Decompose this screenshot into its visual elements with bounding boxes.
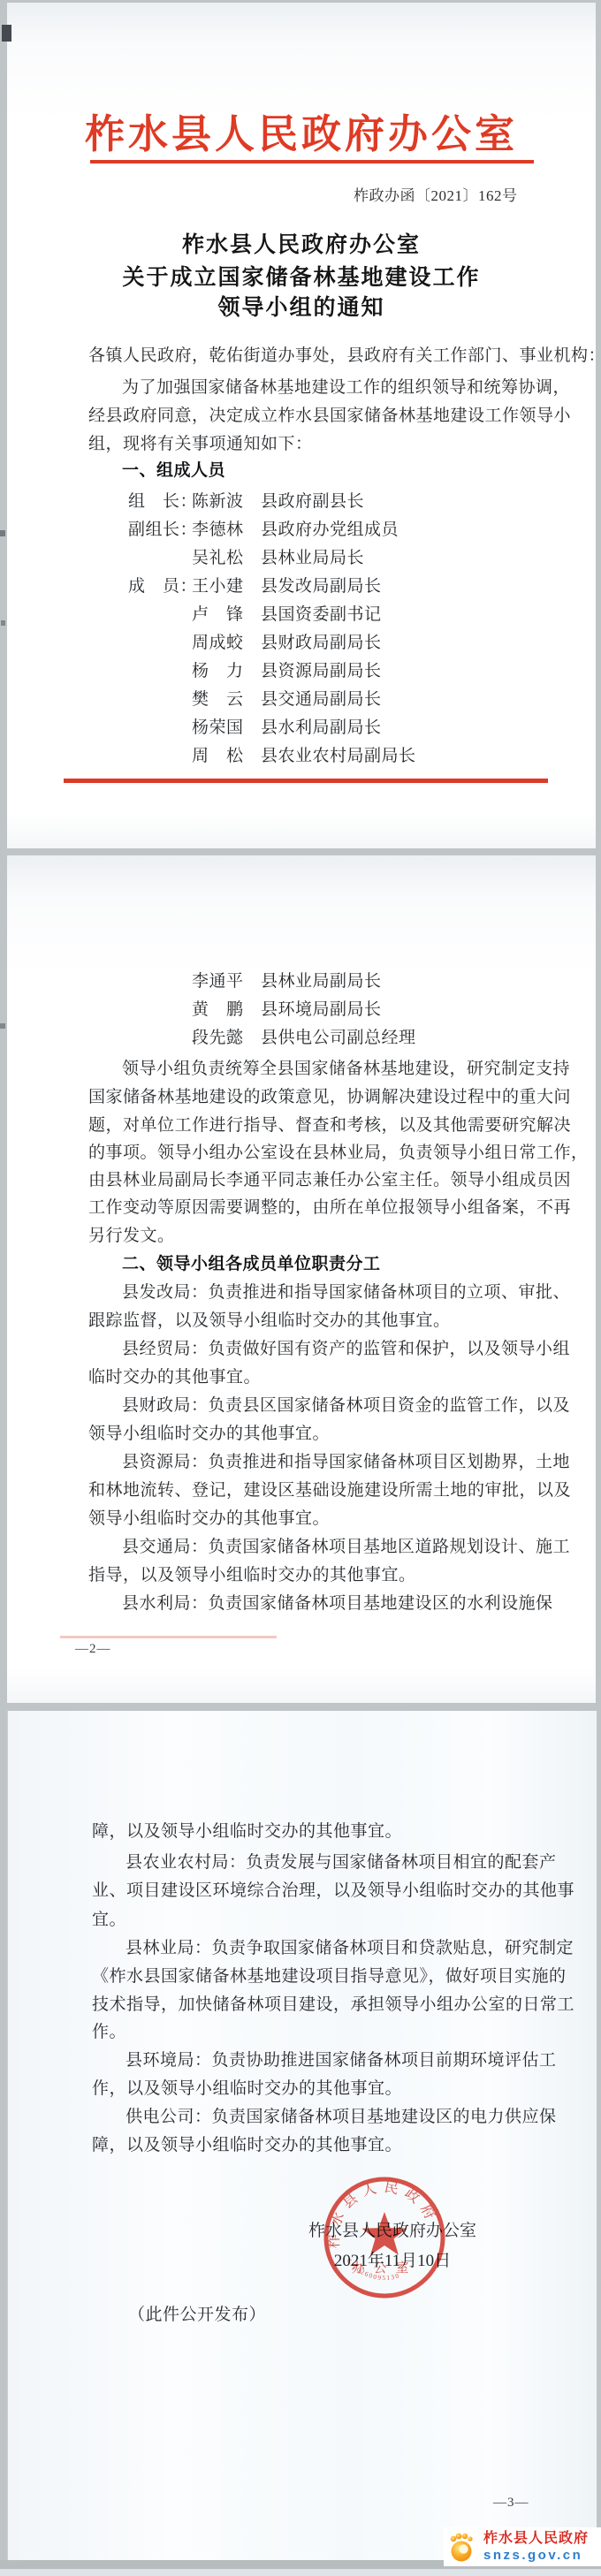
member-title: 县林业局副局长 xyxy=(261,972,382,991)
document-title-line-3: 领导小组的通知 xyxy=(7,290,596,322)
member-name: 王小建 xyxy=(192,573,261,597)
member-name: 陈新波 xyxy=(192,488,261,512)
duty-line: 县环境局：负责协助推进国家储备林项目前期环境评估工 xyxy=(126,2047,557,2071)
intro-line: 经县政府同意，决定成立柞水县国家储备林基地建设工作领导小 xyxy=(88,402,571,426)
member-name: 段先懿 xyxy=(192,1024,261,1048)
member-name: 周成蛟 xyxy=(192,629,261,653)
duty-line: 县农业农村局：负责发展与国家储备林项目相宜的配套产 xyxy=(126,1849,557,1873)
member-name: 吴礼松 xyxy=(192,544,261,568)
duty-line: 县交通局：负责国家储备林项目基地区道路规划设计、施工 xyxy=(122,1533,570,1557)
official-seal: 柞水县人民政府 办公室 6110260095130 xyxy=(309,2162,460,2313)
member-row: 组 长：陈新波县政府副县长 xyxy=(128,488,364,512)
member-title: 县国资委副书记 xyxy=(261,605,382,624)
page-1: 柞水县人民政府办公室 柞政办函〔2021〕162号 柞水县人民政府办公室 关于成… xyxy=(7,3,596,848)
body-line: 的事项。领导小组办公室设在县林业局，负责领导小组日常工作， xyxy=(88,1139,589,1163)
duty-line: 领导小组临时交办的其他事宜。 xyxy=(88,1505,330,1529)
seal-star-icon xyxy=(361,2212,407,2255)
body-line: 另行发文。 xyxy=(88,1222,175,1246)
member-row: 卢 锋县国资委副书记 xyxy=(128,601,382,625)
member-row: 杨 力县资源局副局长 xyxy=(128,657,382,681)
duty-line: 障，以及领导小组临时交办的其他事宜。 xyxy=(92,2131,402,2155)
scan-bottom-margin xyxy=(0,2569,601,2576)
document-title-line-1: 柞水县人民政府办公室 xyxy=(7,227,596,259)
letterhead-title: 柞水县人民政府办公室 xyxy=(7,102,596,159)
member-row: 樊 云县交通局副局长 xyxy=(128,686,382,710)
member-row: 段先懿县供电公司副总经理 xyxy=(192,1024,416,1048)
duty-line: 县水利局：负责国家储备林项目基地建设区的水利设施保 xyxy=(122,1590,553,1614)
duty-line: 指导，以及领导小组临时交办的其他事宜。 xyxy=(88,1562,416,1585)
member-name: 杨 力 xyxy=(192,657,261,681)
member-title: 县交通局副局长 xyxy=(261,690,382,709)
intro-line: 组，现将有关事项通知如下： xyxy=(88,430,313,454)
public-release-note: （此件公开发布） xyxy=(128,2301,266,2325)
duty-line: 宜。 xyxy=(92,1906,126,1930)
duty-line: 跟踪监督，以及领导小组临时交办的其他事宜。 xyxy=(88,1307,451,1331)
member-title: 县林业局局长 xyxy=(261,549,364,567)
scan-artifact xyxy=(2,25,11,42)
duty-line: 作。 xyxy=(92,2018,126,2042)
body-line: 工作变动等原因需要调整的，由所在单位报领导小组备案，不再 xyxy=(88,1194,571,1218)
member-title: 县供电公司副总经理 xyxy=(261,1029,416,1047)
document-title-line-2: 关于成立国家储备林基地建设工作 xyxy=(7,260,596,292)
duty-line: 障，以及领导小组临时交办的其他事宜。 xyxy=(92,1818,402,1842)
duty-line: 县发改局：负责推进和指导国家储备林项目的立项、审批、 xyxy=(122,1279,570,1303)
member-row: 周 松县农业农村局副局长 xyxy=(128,742,416,766)
duty-line: 技术指导，加快储备林项目建设，承担领导小组办公室的日常工 xyxy=(92,1991,574,2015)
scan-artifact xyxy=(1,620,5,626)
member-title: 县财政局副局长 xyxy=(261,634,382,652)
member-title: 县水利局副局长 xyxy=(261,718,382,737)
member-row: 吴礼松县林业局局长 xyxy=(128,544,364,568)
page-2: 李通平县林业局副局长 黄 鹏县环境局副局长 段先懿县供电公司副总经理 领导小组负… xyxy=(7,855,596,1703)
site-url[interactable]: snzs.gov.cn xyxy=(483,2548,589,2563)
duty-line: 领导小组临时交办的其他事宜。 xyxy=(88,1420,330,1444)
red-separator-line-bottom xyxy=(64,779,548,783)
site-name[interactable]: 柞水县人民政府 xyxy=(483,2531,589,2547)
footprint-icon xyxy=(446,2530,478,2564)
duty-line: 和林地流转、登记，建设区基础设施建设所需土地的审批，以及 xyxy=(88,1477,571,1501)
member-name: 卢 锋 xyxy=(192,601,261,625)
salutation-line: 各镇人民政府，乾佑街道办事处，县政府有关工作部门、事业机构： xyxy=(88,342,601,366)
scan-artifact xyxy=(0,530,5,536)
duty-line: 供电公司：负责国家储备林项目基地建设区的电力供应保 xyxy=(126,2103,557,2127)
member-name: 樊 云 xyxy=(192,686,261,710)
member-name: 杨荣国 xyxy=(192,714,261,738)
faded-red-artifact-line xyxy=(60,1636,277,1638)
site-watermark-badge[interactable]: 柞水县人民政府 snzs.gov.cn xyxy=(444,2527,601,2566)
member-name: 李通平 xyxy=(192,968,261,992)
member-row: 周成蛟县财政局副局长 xyxy=(128,629,382,653)
duty-line: 县林业局：负责争取国家储备林项目和贷款贴息，研究制定 xyxy=(126,1934,574,1958)
member-row: 黄 鹏县环境局副局长 xyxy=(192,996,382,1020)
member-title: 县资源局副局长 xyxy=(261,662,382,680)
page-number: —2— xyxy=(75,1642,111,1657)
section-heading-1: 一、组成人员 xyxy=(122,457,225,481)
duty-line: 临时交办的其他事宜。 xyxy=(88,1364,261,1387)
duty-line: 县财政局：负责县区国家储备林项目资金的监管工作，以及 xyxy=(122,1392,570,1416)
page-number: —3— xyxy=(493,2496,529,2511)
body-line: 题，对单位工作进行指导、督查和考核，以及其他需要研究解决 xyxy=(88,1112,571,1136)
member-title: 县环境局副局长 xyxy=(261,1000,382,1019)
duty-line: 县资源局：负责推进和指导国家储备林项目区划勘界，土地 xyxy=(122,1448,570,1472)
member-title: 县发改局副局长 xyxy=(261,577,382,596)
intro-line: 为了加强国家储备林基地建设工作的组织领导和统筹协调， xyxy=(122,374,570,398)
scanned-document-canvas: 柞水县人民政府办公室 柞政办函〔2021〕162号 柞水县人民政府办公室 关于成… xyxy=(0,0,601,2576)
duty-line: 县经贸局：负责做好国有资产的监管和保护，以及领导小组 xyxy=(122,1335,570,1359)
duty-line: 《柞水县国家储备林基地建设项目指导意见》，做好项目实施的 xyxy=(92,1963,567,1987)
member-row: 副组长：李德林县政府办党组成员 xyxy=(128,516,399,540)
member-name: 周 松 xyxy=(192,742,261,766)
section-heading-2: 二、领导小组各成员单位职责分工 xyxy=(122,1250,381,1274)
member-title: 县政府办党组成员 xyxy=(261,521,399,539)
body-line: 领导小组负责统筹全县国家储备林基地建设，研究制定支持 xyxy=(122,1055,570,1079)
member-row: 杨荣国县水利局副局长 xyxy=(128,714,382,738)
document-number: 柞政办函〔2021〕162号 xyxy=(354,183,518,205)
member-role: 副组长： xyxy=(128,516,192,540)
member-row: 李通平县林业局副局长 xyxy=(192,968,382,992)
body-line: 由县林业局副局长李通平同志兼任办公室主任。领导小组成员因 xyxy=(88,1166,571,1190)
member-title: 县政府副县长 xyxy=(261,492,364,511)
scan-artifact xyxy=(0,1023,5,1029)
red-separator-line-top xyxy=(90,160,534,163)
duty-line: 业、项目建设区环境综合治理，以及领导小组临时交办的其他事 xyxy=(92,1877,574,1901)
member-name: 李德林 xyxy=(192,516,261,540)
member-row: 成 员：王小建县发改局副局长 xyxy=(128,573,382,597)
duty-line: 作，以及领导小组临时交办的其他事宜。 xyxy=(92,2075,402,2099)
member-role: 组 长： xyxy=(128,488,192,512)
page-3: 障，以及领导小组临时交办的其他事宜。 县农业农村局：负责发展与国家储备林项目相宜… xyxy=(7,1711,597,2560)
member-title: 县农业农村局副局长 xyxy=(261,747,416,765)
member-name: 黄 鹏 xyxy=(192,996,261,1020)
member-role: 成 员： xyxy=(128,573,192,597)
body-line: 国家储备林基地建设的政策意见，协调解决建设过程中的重大问 xyxy=(88,1083,571,1107)
